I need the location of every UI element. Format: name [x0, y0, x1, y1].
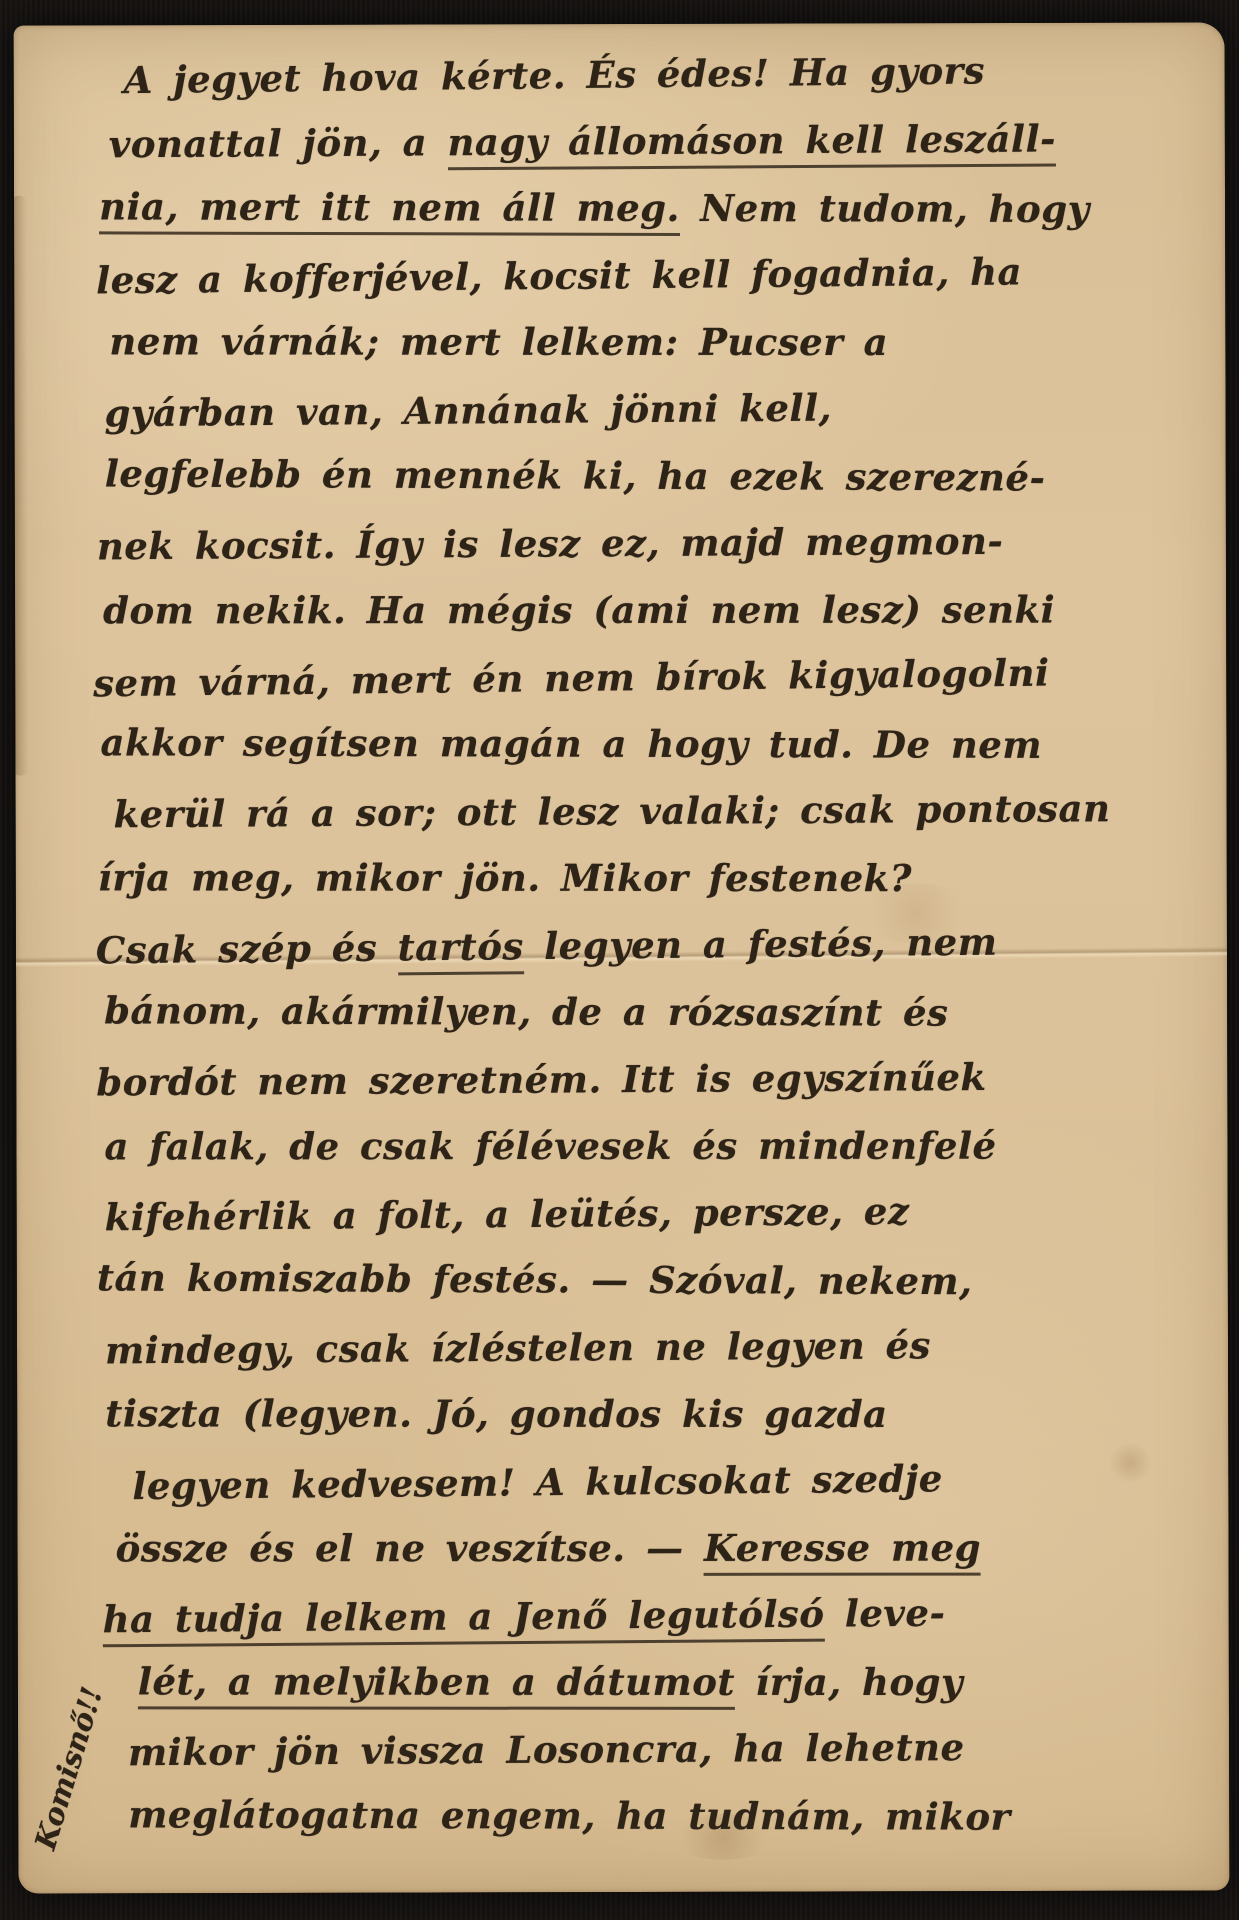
line-segment: mindegy, csak ízléstelen ne legyen és — [105, 1323, 931, 1372]
line-segment: bánom, akármilyen, de a rózsaszínt és — [104, 988, 948, 1034]
underlined-phrase: nagy állomáson kell leszáll- — [447, 117, 1056, 171]
underlined-phrase: lét, a melyikben a dátumot — [138, 1659, 735, 1710]
letter-line: írja meg, mikor jön. Mikor festenek? — [98, 855, 1227, 923]
line-segment: írja, hogy — [735, 1660, 963, 1704]
line-segment: dom nekik. Ha mégis (ami nem lesz) senki — [103, 588, 1055, 633]
line-segment: gyárban van, Annának jönni kell, — [104, 386, 832, 436]
letter-line: legfelebb én mennék ki, ha ezek szerezné… — [105, 451, 1226, 523]
line-segment: mikor jön vissza Losoncra, ha lehetne — [128, 1725, 965, 1774]
line-segment: tiszta (legyen. Jó, gondos kis gazda — [105, 1391, 887, 1436]
letter-line: nia, mert itt nem áll meg. Nem tudom, ho… — [99, 184, 1225, 254]
line-segment: legfelebb én mennék ki, ha ezek szerezné… — [105, 451, 1046, 499]
letter-line: össze és el ne veszítse. — Keresse meg — [116, 1525, 1229, 1593]
letter-line: lét, a melyikben a dátumot írja, hogy — [138, 1659, 1229, 1727]
scan-background: A jegyet hova kérte. És édes! Ha gyorsvo… — [0, 0, 1239, 1920]
line-segment: kifehérlik a folt, a leütés, persze, ez — [104, 1189, 909, 1239]
underlined-phrase: nia, mert itt nem áll meg. — [99, 184, 680, 236]
line-segment: Nem tudom, hogy — [680, 186, 1090, 231]
line-segment: írja meg, mikor jön. Mikor festenek? — [98, 855, 912, 900]
letter-paper: A jegyet hova kérte. És édes! Ha gyorsvo… — [14, 22, 1230, 1893]
letter-line: vonattal jön, a nagy állomáson kell lesz… — [109, 115, 1225, 189]
letter-line: meglátogatna engem, ha tudnám, mikor — [128, 1792, 1229, 1862]
letter-body: A jegyet hova kérte. És édes! Ha gyorsvo… — [14, 50, 1230, 1862]
underlined-phrase: ha tudja lelkem a Jenő legutólsó — [103, 1592, 825, 1648]
letter-line: ha tudja lelkem a Jenő legutólsó leve- — [103, 1588, 1229, 1664]
line-segment: akkor segítsen magán a hogy tud. De nem — [100, 720, 1042, 766]
line-segment: tán komiszabb festés. — Szóval, nekem, — [97, 1255, 973, 1303]
letter-line: a falak, de csak félévesek és mindenfelé — [104, 1123, 1227, 1191]
line-segment: bordót nem szeretném. Itt is egyszínűek — [96, 1055, 987, 1104]
letter-line: tiszta (legyen. Jó, gondos kis gazda — [105, 1391, 1228, 1459]
line-segment: nem várnák; mert lelkem: Pucser a — [109, 319, 888, 364]
line-segment: legyen kedvesem! A kulcsokat szedje — [132, 1456, 943, 1508]
letter-line: nem várnák; mert lelkem: Pucser a — [109, 319, 1225, 387]
letter-line: Csak szép és tartós legyen a festés, nem — [96, 917, 1228, 995]
line-segment: lesz a kofferjével, kocsit kell fogadnia… — [96, 249, 1022, 302]
letter-line: bordót nem szeretném. Itt is egyszínűek — [96, 1053, 1227, 1127]
letter-line: akkor segítsen magán a hogy tud. De nem — [100, 720, 1226, 790]
line-segment: nek kocsit. Így is lesz ez, majd megmon- — [97, 519, 1004, 569]
line-segment: sem várná, mert én nem bírok kigyalogoln… — [93, 650, 1050, 705]
line-segment: Csak szép és — [96, 925, 398, 972]
line-segment: vonattal jön, a — [109, 120, 448, 166]
letter-line: mikor jön vissza Losoncra, ha lehetne — [128, 1723, 1229, 1797]
letter-line: legyen kedvesem! A kulcsokat szedje — [132, 1454, 1229, 1532]
line-segment: meglátogatna engem, ha tudnám, mikor — [128, 1792, 1010, 1838]
line-segment: A jegyet hova kérte. És édes! Ha gyors — [123, 48, 985, 102]
letter-line: gyárban van, Annának jönni kell, — [104, 382, 1225, 458]
underlined-phrase: tartós — [397, 924, 524, 975]
letter-line: mindegy, csak ízléstelen ne legyen és — [105, 1321, 1228, 1395]
line-segment: kerül rá a sor; ott lesz valaki; csak po… — [113, 786, 1110, 836]
letter-line: kifehérlik a folt, a leütés, persze, ez — [104, 1186, 1227, 1262]
letter-line: tán komiszabb festés. — Szóval, nekem, — [97, 1255, 1228, 1327]
letter-line: dom nekik. Ha mégis (ami nem lesz) senki — [103, 587, 1226, 655]
line-segment: a falak, de csak félévesek és mindenfelé — [104, 1124, 996, 1169]
line-segment: leve- — [824, 1591, 945, 1636]
letter-line: nek kocsit. Így is lesz ez, majd megmon- — [97, 517, 1226, 591]
letter-line: kerül rá a sor; ott lesz valaki; csak po… — [113, 785, 1226, 859]
letter-line: bánom, akármilyen, de a rózsaszínt és — [104, 988, 1227, 1058]
letter-line: A jegyet hova kérte. És édes! Ha gyors — [123, 46, 1225, 125]
letter-line: sem várná, mert én nem bírok kigyalogoln… — [93, 648, 1227, 728]
letter-line: lesz a kofferjével, kocsit kell fogadnia… — [96, 247, 1226, 325]
underlined-phrase: Keresse meg — [704, 1526, 981, 1576]
line-segment: össze és el ne veszítse. — — [116, 1526, 704, 1571]
line-segment: legyen a festés, nem — [524, 920, 998, 969]
